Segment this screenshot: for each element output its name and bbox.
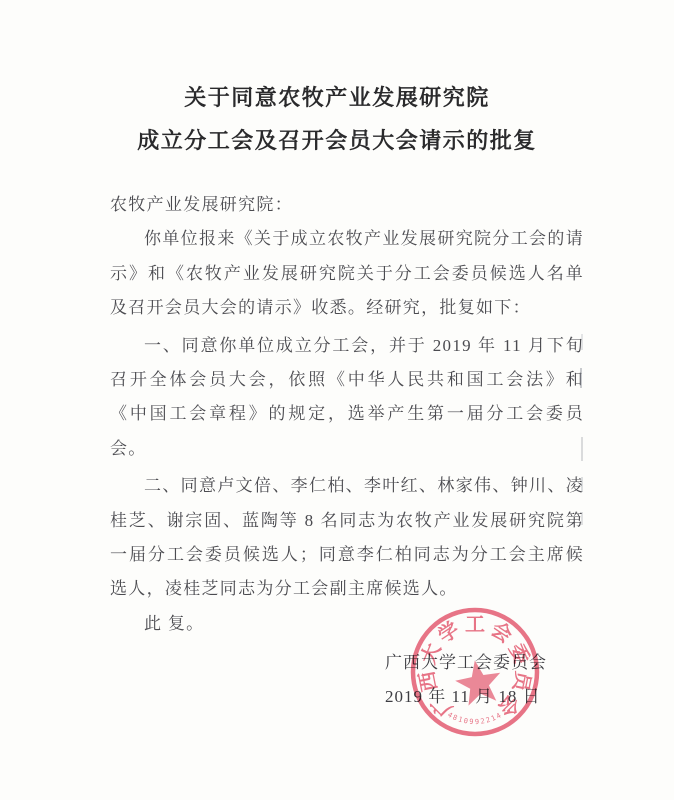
paragraph-item-2: 二、同意卢文倍、李仁柏、李叶红、林家伟、钟川、凌桂芝、谢宗固、蓝陶等 8 名同志… xyxy=(110,469,584,607)
salutation: 农牧产业发展研究院： xyxy=(110,188,584,222)
paragraph-item-1: 一、同意你单位成立分工会，并于 2019 年 11 月下旬召开全体会员大会，依照… xyxy=(110,329,584,467)
scan-artifact xyxy=(581,477,583,492)
svg-text:工: 工 xyxy=(465,614,485,636)
scan-artifact xyxy=(581,334,583,350)
document-body: 农牧产业发展研究院： 你单位报来《关于成立农牧产业发展研究院分工会的请示》和《农… xyxy=(110,188,584,641)
official-seal-graphic: 广西大学工会委员会4810992214 xyxy=(405,606,545,746)
scan-artifact xyxy=(581,437,583,461)
scanned-document-page: 关于同意农牧产业发展研究院 成立分工会及召开会员大会请示的批复 农牧产业发展研究… xyxy=(0,0,674,800)
document-title: 关于同意农牧产业发展研究院 成立分工会及召开会员大会请示的批复 xyxy=(0,76,674,162)
svg-text:西: 西 xyxy=(415,669,441,693)
official-seal: 广西大学工会委员会4810992214 xyxy=(405,606,545,746)
scan-artifact xyxy=(581,512,583,525)
document-title-line1: 关于同意农牧产业发展研究院 xyxy=(0,76,674,119)
paragraph-intro: 你单位报来《关于成立农牧产业发展研究院分工会的请示》和《农牧产业发展研究院关于分… xyxy=(110,222,584,325)
scan-artifact xyxy=(580,368,582,388)
document-title-line2: 成立分工会及召开会员大会请示的批复 xyxy=(0,119,674,162)
svg-text:4810992214: 4810992214 xyxy=(446,711,504,726)
svg-text:员: 员 xyxy=(508,669,535,695)
